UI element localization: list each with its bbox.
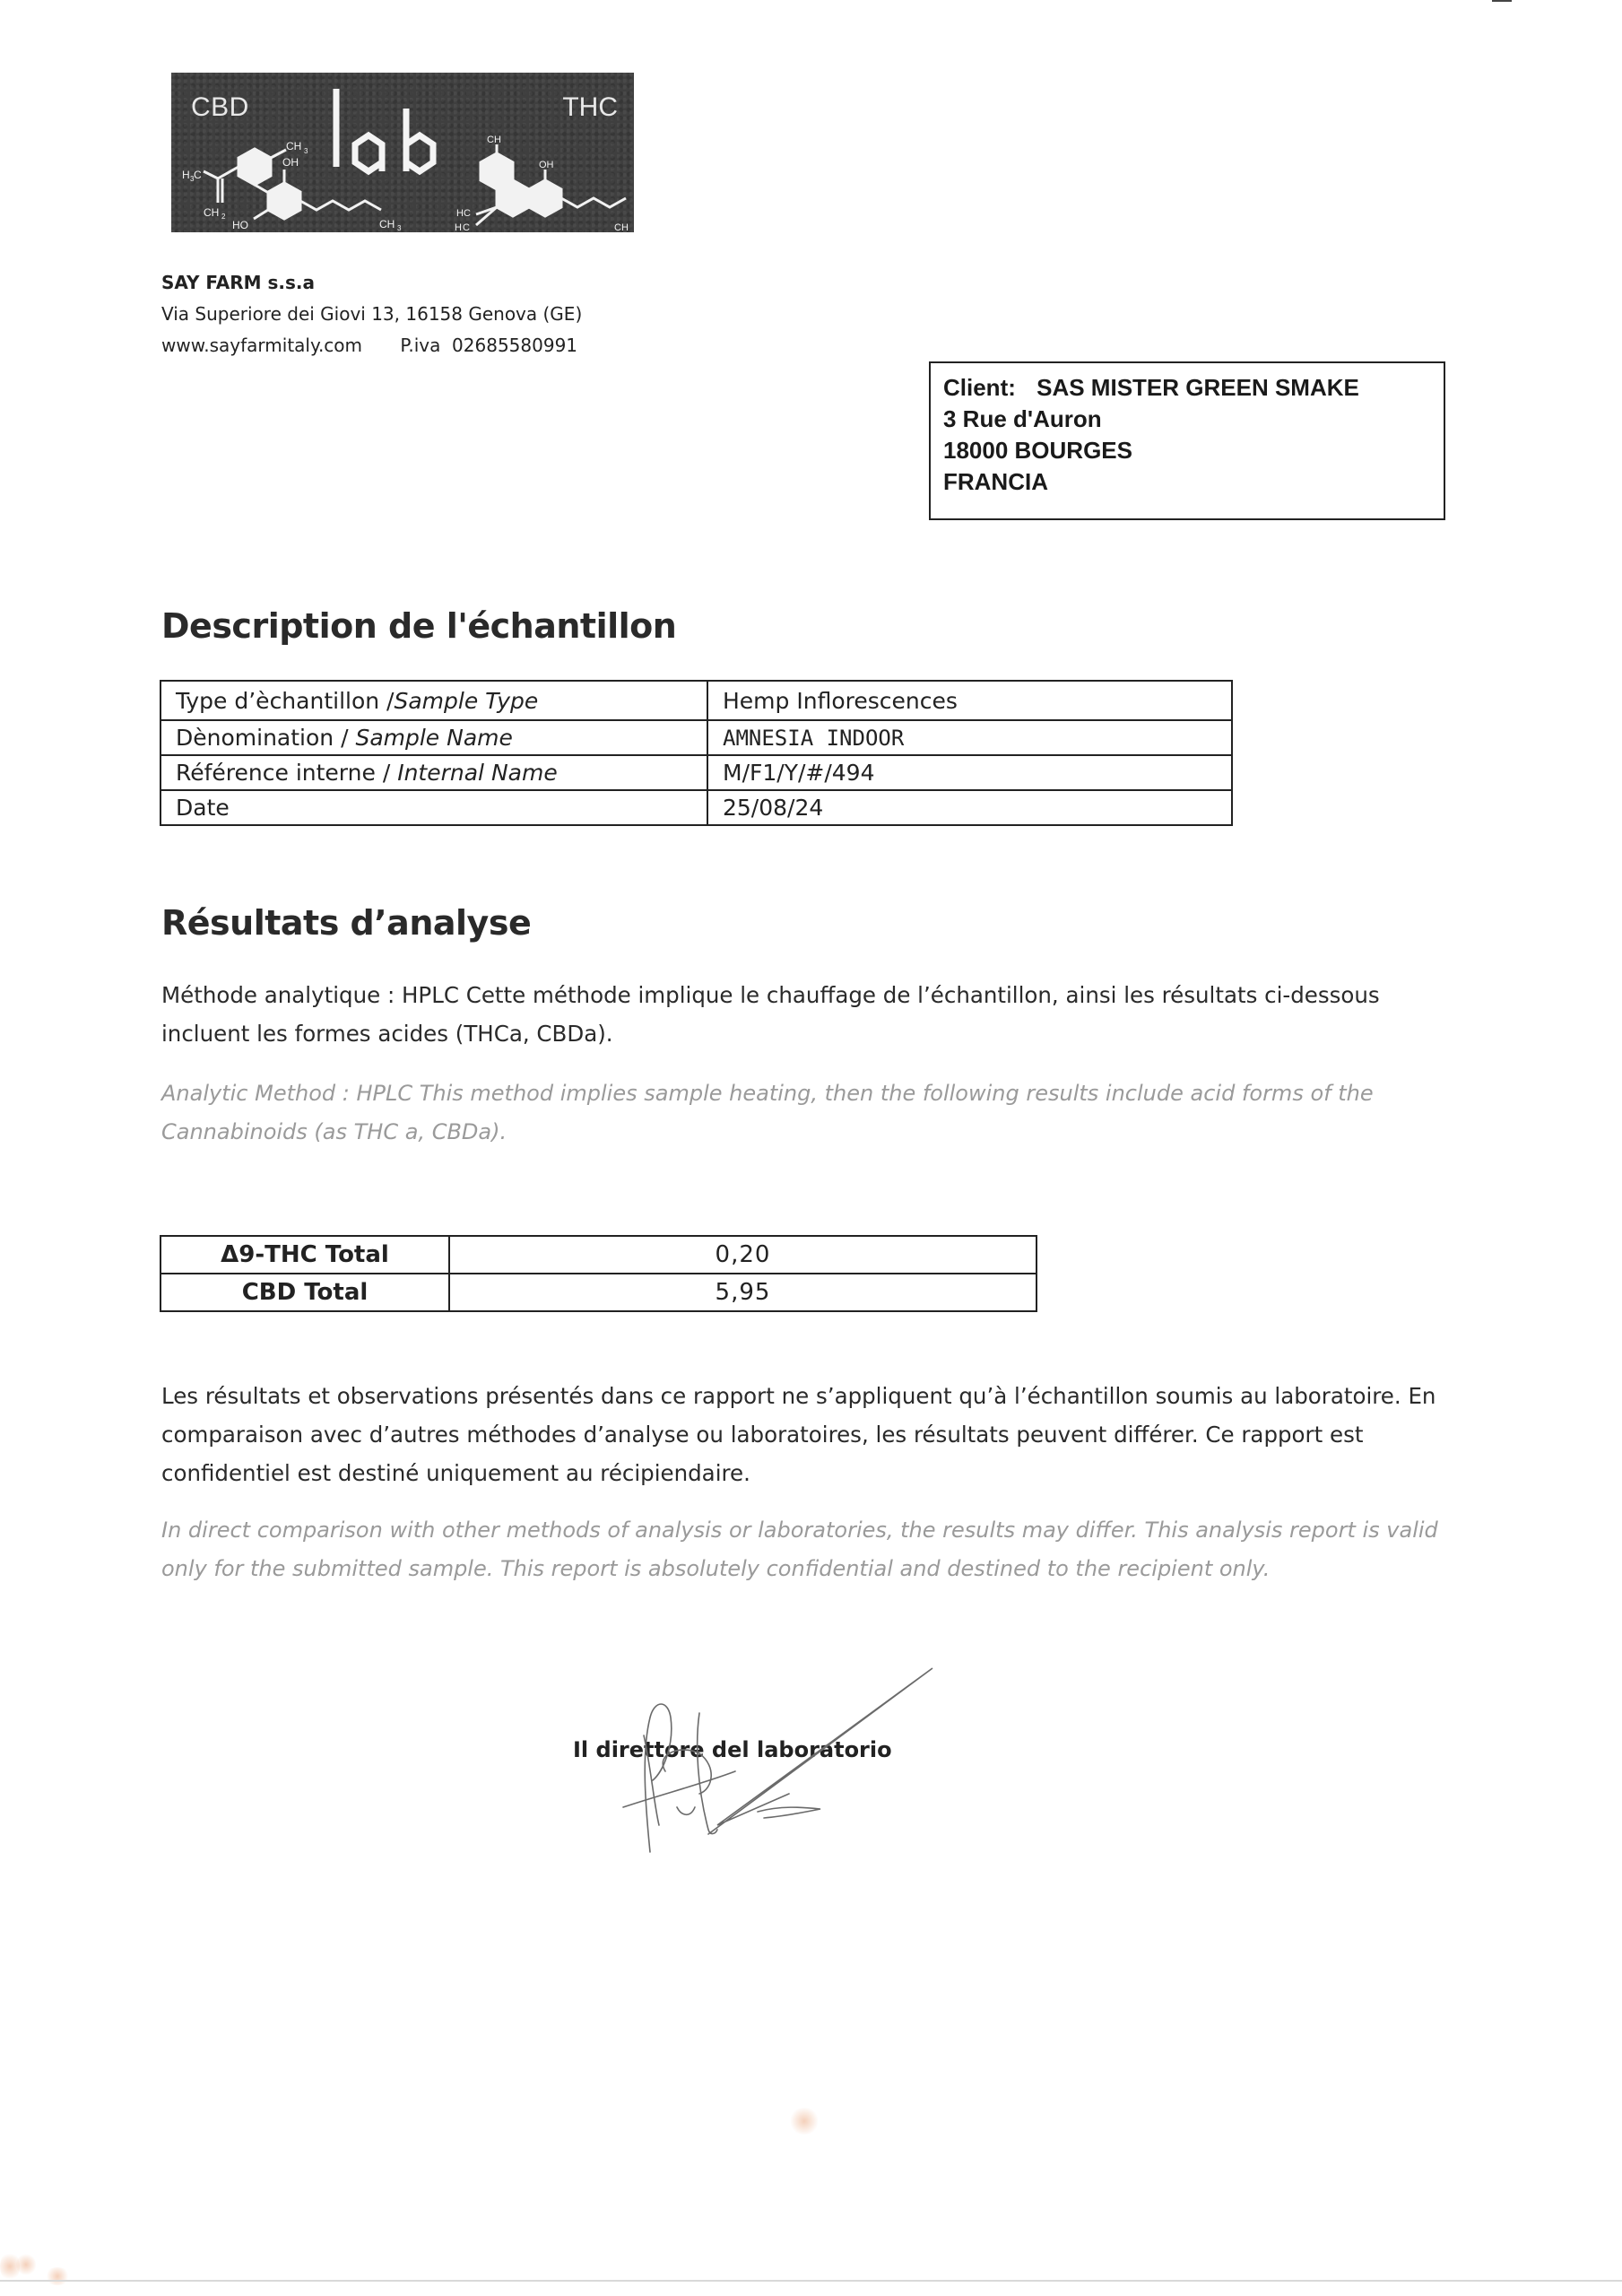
svg-text:OH: OH — [282, 156, 299, 169]
svg-text:OH: OH — [539, 160, 554, 170]
client-city: 18000 BOURGES — [943, 435, 1431, 466]
client-address-box: Client: SAS MISTER GREEN SMAKE 3 Rue d'A… — [929, 361, 1445, 520]
svg-text:3: 3 — [397, 224, 402, 232]
analyte-value: 0,20 — [449, 1236, 1037, 1274]
sample-description-table: Type d’èchantillon /Sample Type Hemp Inf… — [160, 680, 1233, 826]
scan-mark — [1492, 0, 1512, 2]
sample-type-value: Hemp Inflorescences — [707, 681, 1232, 720]
scan-smudge — [45, 2267, 70, 2285]
company-address: Via Superiore dei Giovi 13, 16158 Genova… — [161, 299, 582, 330]
analyte-name: CBD Total — [160, 1274, 449, 1311]
label-en: Sample Name — [355, 725, 512, 751]
label-en: Internal Name — [397, 760, 558, 786]
svg-text:C: C — [464, 208, 471, 219]
company-info: SAY FARM s.s.a Via Superiore dei Giovi 1… — [161, 267, 582, 361]
label-en: Sample Type — [394, 688, 538, 714]
svg-text:CH: CH — [614, 222, 629, 232]
logo-thc-text: THC — [562, 92, 618, 123]
disclaimer-en: In direct comparison with other methods … — [161, 1511, 1470, 1588]
svg-text:C: C — [463, 222, 470, 232]
svg-text:3: 3 — [304, 147, 308, 155]
table-row: Type d’èchantillon /Sample Type Hemp Inf… — [160, 681, 1232, 720]
client-street: 3 Rue d'Auron — [943, 404, 1431, 435]
method-description-en: Analytic Method : HPLC This method impli… — [161, 1074, 1470, 1152]
client-country: FRANCIA — [943, 466, 1431, 498]
row-label: Date — [160, 790, 707, 825]
lab-logo: CH3 OH H3C CH2 HO CH3 CH OH — [171, 73, 634, 232]
scan-smudge — [16, 2253, 36, 2276]
cannabinoid-results-table: Δ9-THC Total 0,20 CBD Total 5,95 — [160, 1235, 1037, 1312]
svg-text:CH: CH — [286, 140, 301, 152]
label-fr: Référence interne / — [176, 760, 397, 786]
sample-description-heading: Description de l'échantillon — [161, 606, 676, 646]
label-fr: Type d’èchantillon / — [176, 688, 394, 714]
client-name: SAS MISTER GREEN SMAKE — [1037, 374, 1359, 401]
svg-text:H: H — [182, 169, 190, 181]
svg-text:CH: CH — [487, 135, 501, 145]
label-fr: Dènomination / — [176, 725, 355, 751]
table-row: Référence interne / Internal Name M/F1/Y… — [160, 755, 1232, 790]
disclaimer-fr: Les résultats et observations présentés … — [161, 1377, 1470, 1492]
row-label: Dènomination / Sample Name — [160, 720, 707, 755]
client-label: Client: — [943, 374, 1016, 401]
table-row: Dènomination / Sample Name AMNESIA INDOO… — [160, 720, 1232, 755]
label-fr: Date — [176, 795, 230, 821]
handwritten-signature-icon — [565, 1646, 941, 1879]
svg-text:H: H — [456, 208, 464, 219]
sample-name-value: AMNESIA INDOOR — [707, 720, 1232, 755]
svg-text:H: H — [455, 222, 462, 232]
signature-block: Il direttore del laboratorio — [565, 1646, 941, 1879]
company-vat: P.iva 02685580991 — [400, 335, 577, 356]
svg-text:CH: CH — [204, 206, 219, 219]
analysis-results-heading: Résultats d’analyse — [161, 903, 531, 943]
scan-smudge — [789, 2108, 820, 2135]
table-row: Δ9-THC Total 0,20 — [160, 1236, 1037, 1274]
table-row: Date 25/08/24 — [160, 790, 1232, 825]
svg-text:HO: HO — [232, 219, 248, 231]
analyte-value: 5,95 — [449, 1274, 1037, 1311]
svg-text:C: C — [194, 169, 202, 181]
scan-edge-line — [0, 2280, 1622, 2282]
date-value: 25/08/24 — [707, 790, 1232, 825]
method-description-fr: Méthode analytique : HPLC Cette méthode … — [161, 976, 1470, 1053]
row-label: Type d’èchantillon /Sample Type — [160, 681, 707, 720]
company-website: www.sayfarmitaly.com — [161, 335, 362, 356]
company-name: SAY FARM s.s.a — [161, 267, 582, 299]
svg-text:CH: CH — [379, 218, 395, 230]
row-label: Référence interne / Internal Name — [160, 755, 707, 790]
table-row: CBD Total 5,95 — [160, 1274, 1037, 1311]
svg-text:2: 2 — [221, 213, 226, 221]
logo-cbd-text: CBD — [191, 92, 249, 123]
analyte-name: Δ9-THC Total — [160, 1236, 449, 1274]
internal-name-value: M/F1/Y/#/494 — [707, 755, 1232, 790]
